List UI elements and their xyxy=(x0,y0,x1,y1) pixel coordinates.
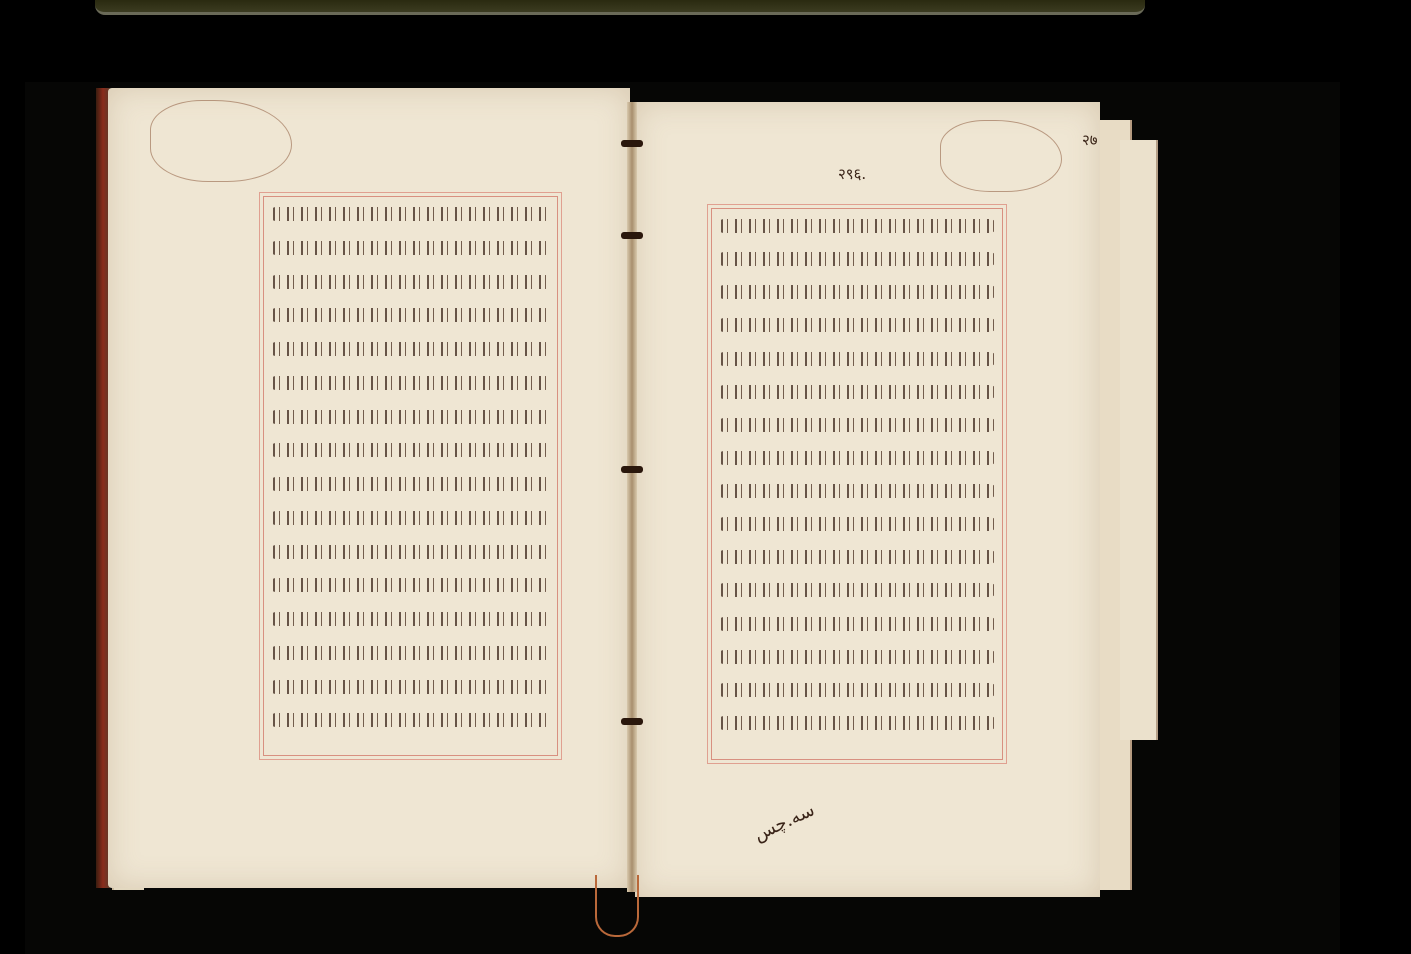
manuscript-line xyxy=(270,680,551,694)
manuscript-line xyxy=(270,207,551,221)
manuscript-line xyxy=(718,451,996,465)
manuscript-line xyxy=(270,410,551,424)
manuscript-line xyxy=(718,583,996,597)
manuscript-line xyxy=(718,352,996,366)
manuscript-line xyxy=(718,716,996,730)
top-frame-bar xyxy=(95,0,1145,15)
manuscript-line xyxy=(718,617,996,631)
right-page-stack-back xyxy=(1120,140,1158,740)
manuscript-line xyxy=(718,650,996,664)
manuscript-line xyxy=(270,545,551,559)
manuscript-line xyxy=(718,517,996,531)
binding-stitch xyxy=(621,466,643,473)
manuscript-line xyxy=(270,308,551,322)
left-text-block xyxy=(263,196,558,756)
book-gutter xyxy=(627,102,637,892)
binding-stitch xyxy=(621,140,643,147)
manuscript-line xyxy=(270,646,551,660)
manuscript-line xyxy=(270,511,551,525)
manuscript-line xyxy=(270,477,551,491)
manuscript-line xyxy=(270,713,551,727)
manuscript-line xyxy=(718,219,996,233)
manuscript-line xyxy=(270,241,551,255)
manuscript-line xyxy=(270,443,551,457)
manuscript-line xyxy=(270,342,551,356)
manuscript-line xyxy=(270,275,551,289)
manuscript-line xyxy=(270,376,551,390)
manuscript-line xyxy=(270,578,551,592)
corner-number: २७ xyxy=(1082,130,1098,150)
manuscript-line xyxy=(718,550,996,564)
manuscript-line xyxy=(718,683,996,697)
manuscript-line xyxy=(270,612,551,626)
manuscript-line xyxy=(718,484,996,498)
manuscript-line xyxy=(718,285,996,299)
manuscript-line xyxy=(718,385,996,399)
binding-stitch xyxy=(621,718,643,725)
binding-stitch xyxy=(621,232,643,239)
manuscript-line xyxy=(718,318,996,332)
folio-number: २९६. xyxy=(838,164,866,184)
right-text-block xyxy=(711,208,1003,760)
manuscript-line xyxy=(718,252,996,266)
manuscript-line xyxy=(718,418,996,432)
binding-string xyxy=(595,875,639,937)
